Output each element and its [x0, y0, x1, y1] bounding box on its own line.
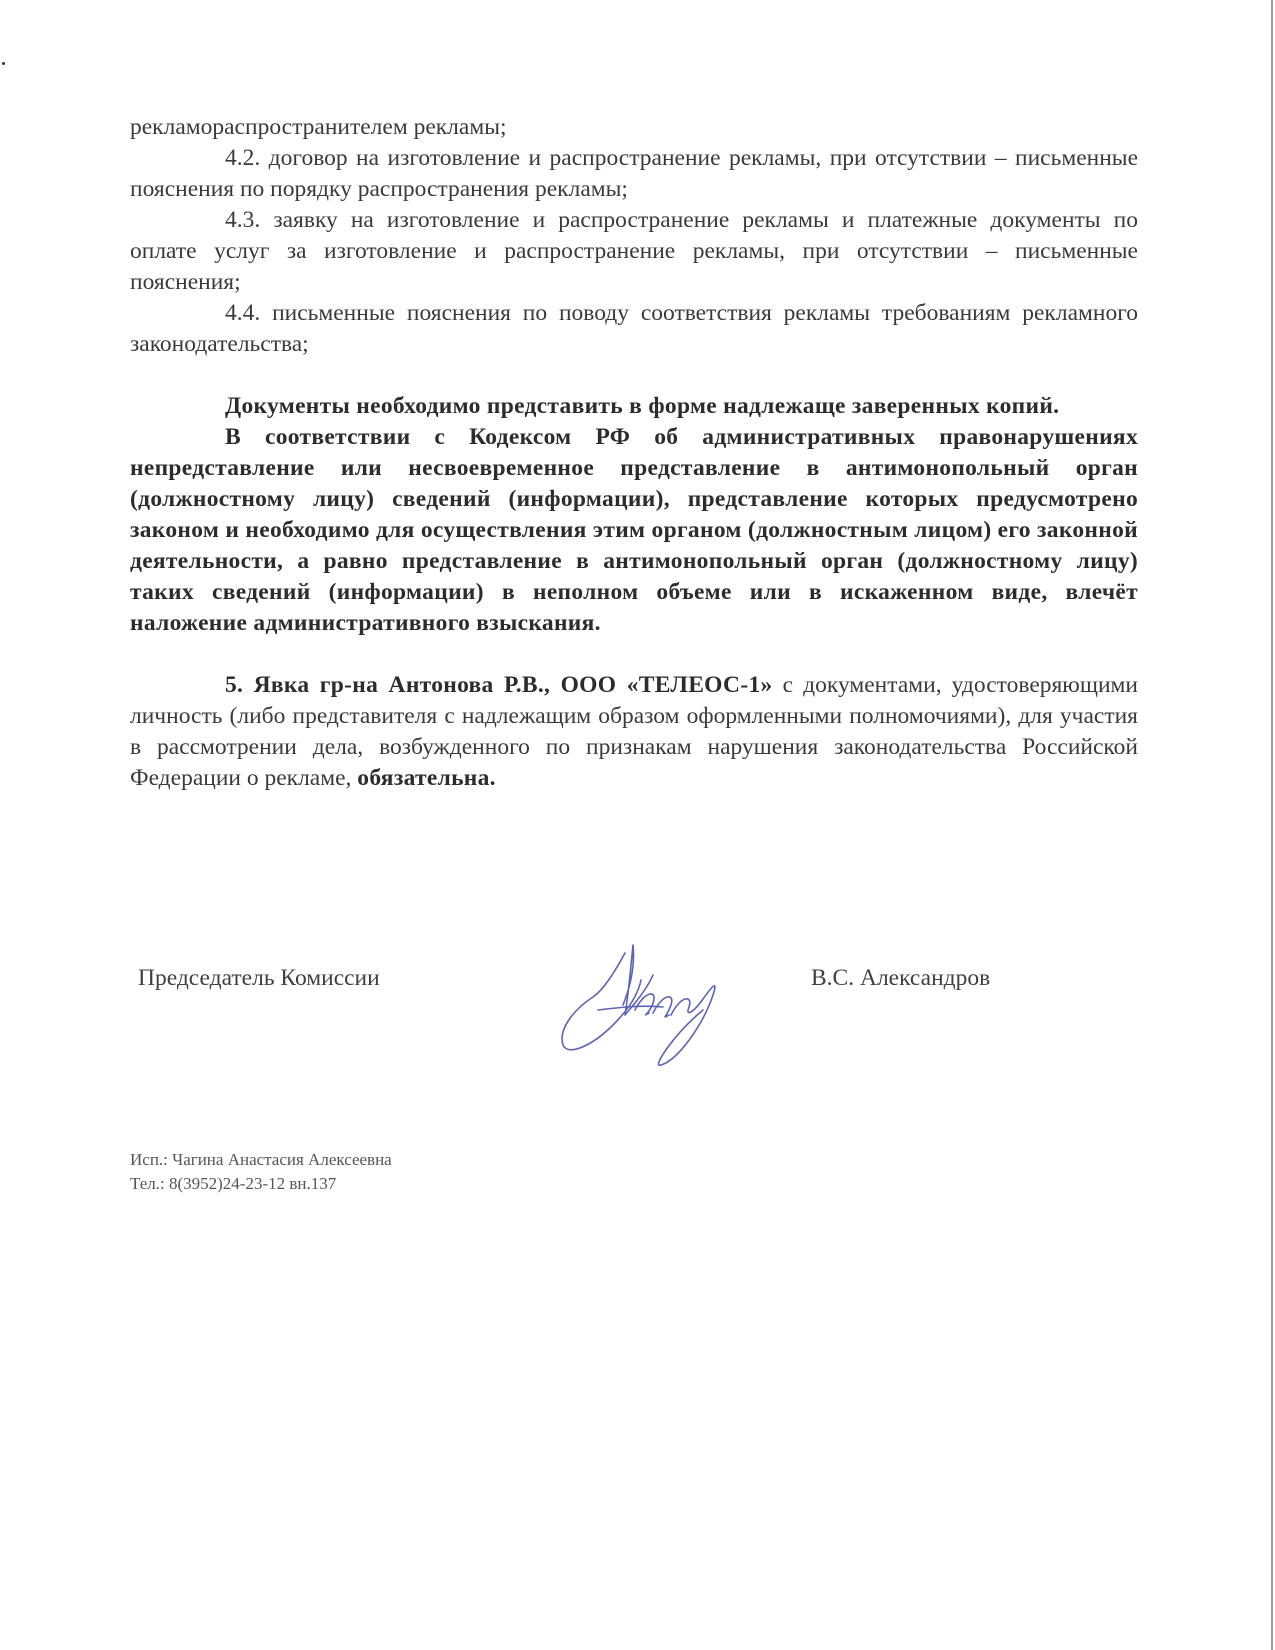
paragraph-4-2: 4.2. договор на изготовление и распростр…	[130, 143, 1138, 205]
executor-contact: Исп.: Чагина Анастасия Алексеевна Тел.: …	[130, 1148, 392, 1196]
scan-page-edge	[1271, 0, 1273, 1650]
notice-liability: В соответствии с Кодексом РФ об админист…	[130, 422, 1138, 639]
paragraph-continuation: рекламораспространителем рекламы;	[130, 112, 1138, 143]
item-5-lead: 5. Явка гр-на Антонова Р.В., ООО «ТЕЛЕОС…	[225, 672, 773, 698]
document-body: рекламораспространителем рекламы; 4.2. д…	[130, 112, 1138, 794]
item-5-tail: обязательна.	[357, 765, 496, 791]
scan-speck	[2, 62, 5, 65]
executor-phone: Тел.: 8(3952)24-23-12 вн.137	[130, 1172, 392, 1196]
paragraph-4-4: 4.4. письменные пояснения по поводу соот…	[130, 298, 1138, 360]
executor-name: Исп.: Чагина Анастасия Алексеевна	[130, 1148, 392, 1172]
handwritten-signature	[553, 935, 743, 1070]
signatory-title: Председатель Комиссии	[138, 965, 380, 992]
signatory-name: В.С. Александров	[811, 965, 990, 992]
notice-certified-copies: Документы необходимо представить в форме…	[130, 391, 1138, 422]
paragraph-item-5: 5. Явка гр-на Антонова Р.В., ООО «ТЕЛЕОС…	[130, 670, 1138, 794]
spacer	[130, 639, 1138, 670]
paragraph-4-3: 4.3. заявку на изготовление и распростра…	[130, 205, 1138, 298]
spacer	[130, 360, 1138, 391]
